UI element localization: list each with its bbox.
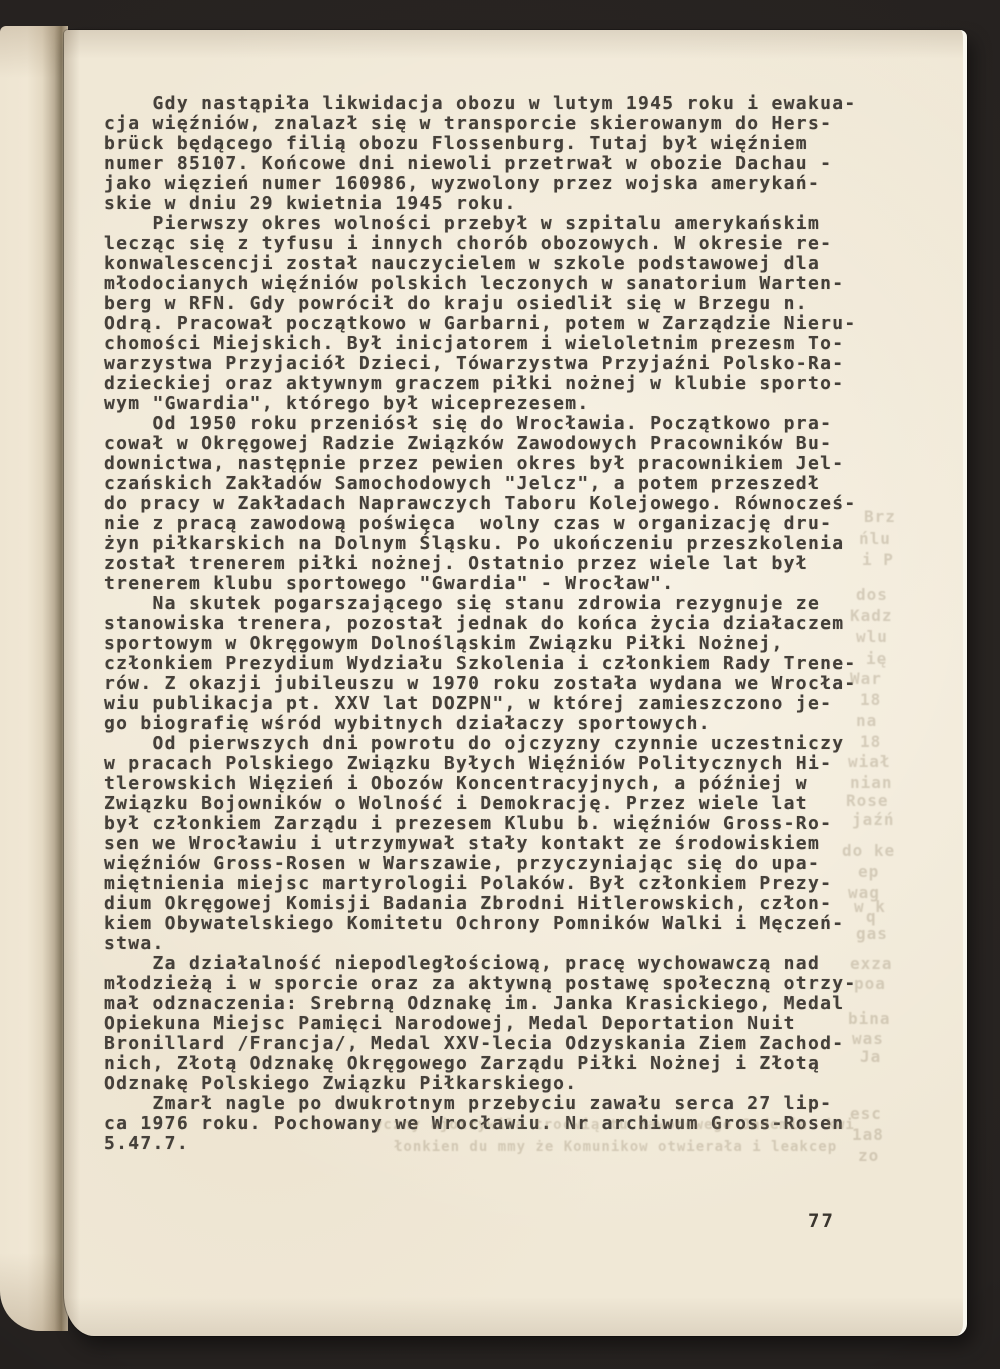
book-gutter-page-edge (0, 26, 68, 1331)
page-text: Gdy nastąpiła likwidacja obozu w lutym 1… (104, 94, 857, 1154)
bleedthrough-fragment: na (856, 712, 877, 730)
bleedthrough-fragment: was (852, 1030, 884, 1048)
bleedthrough-fragment: ię (866, 650, 887, 668)
paragraph-2: Pierwszy okres wolności przebył w szpita… (104, 214, 857, 414)
bleedthrough-fragment: jaźń (852, 811, 895, 829)
scan-background: Gdy nastąpiła likwidacja obozu w lutym 1… (0, 0, 1000, 1369)
bleedthrough-fragment: poa (854, 975, 886, 993)
paragraph-5: Od pierwszych dni powrotu do ojczyzny cz… (104, 734, 857, 954)
bleedthrough-fragment: 18 (860, 691, 881, 709)
bleedthrough-fragment: Brz (864, 508, 896, 526)
bleedthrough-fragment: ep (858, 863, 879, 881)
scanned-book-page: Gdy nastąpiła likwidacja obozu w lutym 1… (64, 30, 967, 1336)
paragraph-3: Od 1950 roku przeniósł się do Wrocławia.… (104, 414, 857, 594)
paragraph-6: Za działalność niepodległościową, pracę … (104, 954, 857, 1094)
bleedthrough-fragment: dos (856, 586, 888, 604)
bleedthrough-fragment: i P (862, 551, 894, 569)
bleedthrough-fragment: wlu (856, 628, 888, 646)
bleedthrough-fragment: ńlu (859, 530, 891, 548)
bleedthrough-fragment: zo (858, 1147, 879, 1165)
bleedthrough-fragment: 1a8 (852, 1126, 884, 1144)
bleedthrough-fragment: q (866, 908, 877, 926)
bleedthrough-fragment: gas (856, 925, 888, 943)
paragraph-1: Gdy nastąpiła likwidacja obozu w lutym 1… (104, 94, 857, 214)
bleedthrough-fragment: 18 (860, 733, 881, 751)
bleedthrough-fragment: w k (854, 898, 886, 916)
paragraph-4: Na skutek pogarszającego się stanu zdrow… (104, 594, 857, 734)
paragraph-7: Zmarł nagle po dwukrotnym przebyciu zawa… (104, 1094, 857, 1154)
bleedthrough-fragment: Ja (860, 1048, 881, 1066)
page-number: 77 (808, 1210, 835, 1232)
